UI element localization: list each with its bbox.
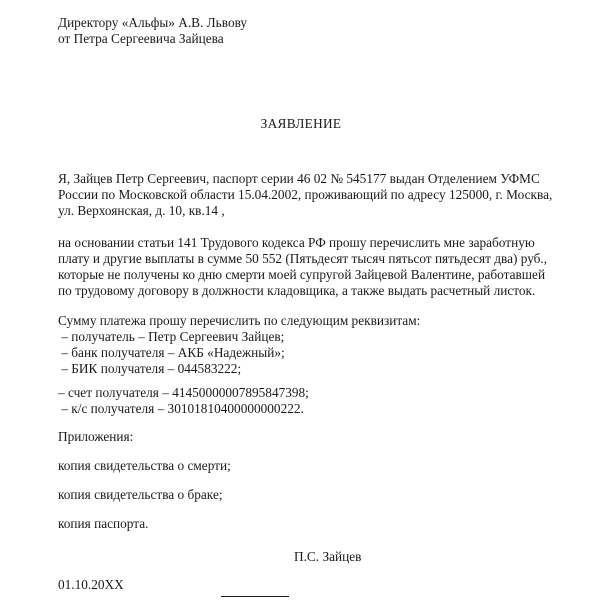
attachment-item: копия свидетельства о смерти; (58, 458, 231, 474)
signature-line (221, 596, 289, 597)
requisite-item: – к/с получателя – 30101810400000000222. (58, 401, 304, 417)
attachments-heading: Приложения: (58, 429, 133, 445)
signature-name: П.С. Зайцев (294, 549, 361, 565)
attachment-item: копия свидетельства о браке; (58, 487, 223, 503)
sender: от Петра Сергеевича Зайцева (58, 31, 224, 47)
paragraph-line: которые не получены ко дню смерти моей с… (58, 267, 545, 283)
paragraph-line: России по Московской области 15.04.2002,… (58, 187, 552, 203)
paragraph-line: Я, Зайцев Петр Сергеевич, паспорт серии … (58, 171, 540, 187)
paragraph-line: по трудовому договору в должности кладов… (58, 283, 535, 299)
addressee: Директору «Альфы» А.В. Львову (58, 15, 247, 31)
requisite-item: – БИК получателя – 044583222; (58, 361, 241, 377)
requisite-item: – получатель – Петр Сергеевич Зайцев; (58, 329, 284, 345)
document-title: ЗАЯВЛЕНИЕ (0, 116, 602, 132)
paragraph-line: на основании статьи 141 Трудового кодекс… (58, 235, 535, 251)
requisites-intro: Сумму платежа прошу перечислить по следу… (58, 313, 420, 329)
paragraph-line: ул. Верхоянская, д. 10, кв.14 , (58, 203, 225, 219)
signature-date: 01.10.20XX (58, 577, 124, 593)
attachment-item: копия паспорта. (58, 516, 148, 532)
requisite-item: – счет получателя – 41450000007895847398… (58, 385, 309, 401)
requisite-item: – банк получателя – АКБ «Надежный»; (58, 345, 285, 361)
paragraph-line: плату и другие выплаты в сумме 50 552 (П… (58, 251, 547, 267)
